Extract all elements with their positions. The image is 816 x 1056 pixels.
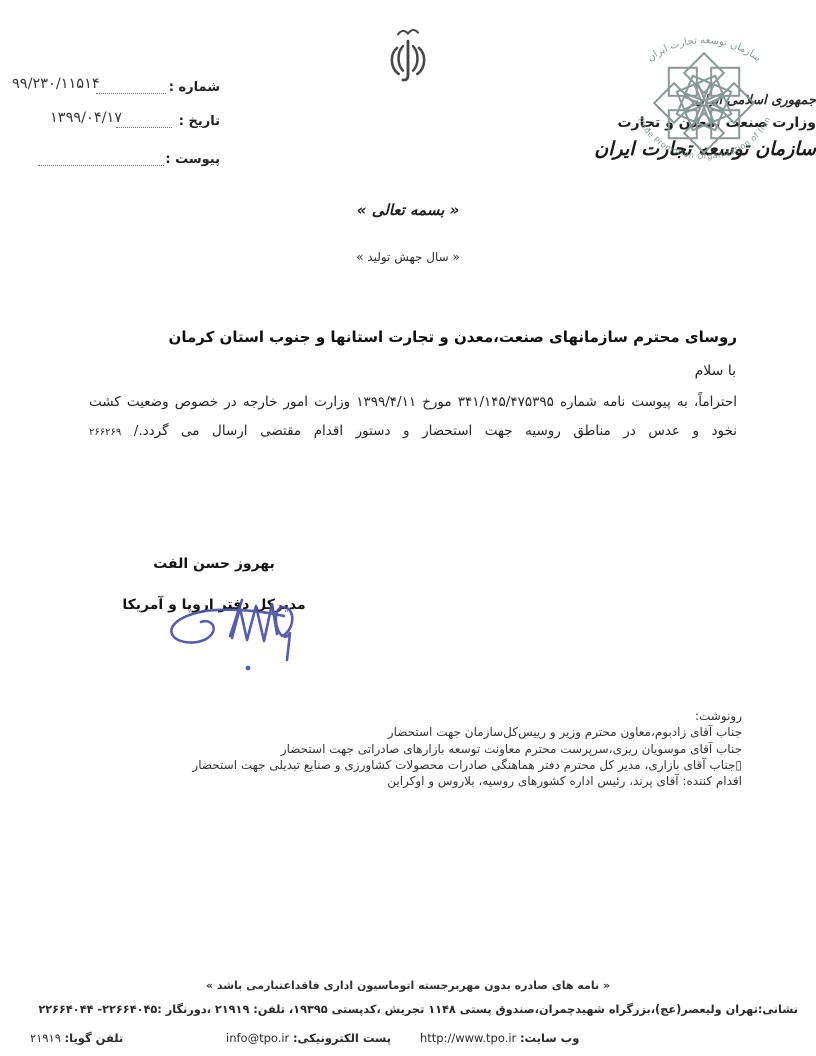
phone-label: تلفن گویا:	[65, 1031, 124, 1045]
email-label: پست الکترونیکی:	[293, 1031, 391, 1045]
cc-block: رونوشت: جناب آقای زادبوم،معاون محترم وزی…	[82, 708, 742, 789]
email-contact: پست الکترونیکی: info@tpo.ir	[226, 1031, 391, 1045]
svg-text:سازمان توسعه تجارت ایران: سازمان توسعه تجارت ایران	[645, 35, 762, 64]
number-value: ۹۹/۲۳۰/۱۱۵۱۴	[12, 76, 100, 92]
attachment-dotted-line	[38, 165, 164, 166]
cc-label: رونوشت:	[82, 708, 742, 724]
recipient-line: روسای محترم سازمانهای صنعت،معدن و تجارت …	[87, 328, 737, 346]
cc-item: جناب آقای موسویان ریزی،سرپرست محترم معاو…	[82, 741, 742, 757]
organization-stamp-icon: سازمان توسعه تجارت ایران Trade Promotion…	[612, 30, 796, 176]
year-slogan-text: « سال جهش تولید »	[0, 250, 816, 264]
phone-contact: تلفن گویا: ۲۱۹۱۹	[30, 1031, 123, 1045]
address-line: نشانی:تهران ولیعصر(عج)،بزرگراه شهیدچمران…	[20, 1003, 798, 1016]
salutation-text: با سلام	[695, 363, 736, 379]
body-paragraph: احتراماً، به پیوست نامه شماره ۳۴۱/۱۴۵/۴۷…	[89, 388, 737, 447]
validity-notice: « نامه های صادره بدون مهربرجسته اتوماسیو…	[0, 979, 816, 992]
website-contact: وب سایت: http://www.tpo.ir	[420, 1031, 579, 1045]
cc-item: ▯جناب آقای بازاری، مدیر کل محترم دفتر هم…	[82, 757, 742, 773]
cc-item: اقدام کننده: آقای پرند، رئیس اداره کشوره…	[82, 773, 742, 789]
website-label: وب سایت:	[520, 1031, 579, 1045]
registration-number: ۲۶۶۲۶۹	[89, 427, 121, 438]
phone-number: ۲۱۹۱۹	[30, 1031, 61, 1045]
handwritten-signature	[146, 584, 311, 693]
invocation-text: « بسمه تعالی »	[0, 201, 816, 219]
cc-item: جناب آقای زادبوم،معاون محترم وزیر و رییس…	[82, 724, 742, 740]
email-address: info@tpo.ir	[226, 1031, 289, 1045]
signer-name: بهروز حسن الفت	[118, 556, 310, 572]
iran-national-emblem-icon	[370, 26, 446, 94]
website-url: http://www.tpo.ir	[420, 1031, 516, 1045]
scanned-letter-page: شماره : ۹۹/۲۳۰/۱۱۵۱۴ تاریخ : ۱۳۹۹/۰۴/۱۷ …	[0, 0, 816, 1056]
body-paragraph-text: احتراماً، به پیوست نامه شماره ۳۴۱/۱۴۵/۴۷…	[89, 394, 737, 439]
